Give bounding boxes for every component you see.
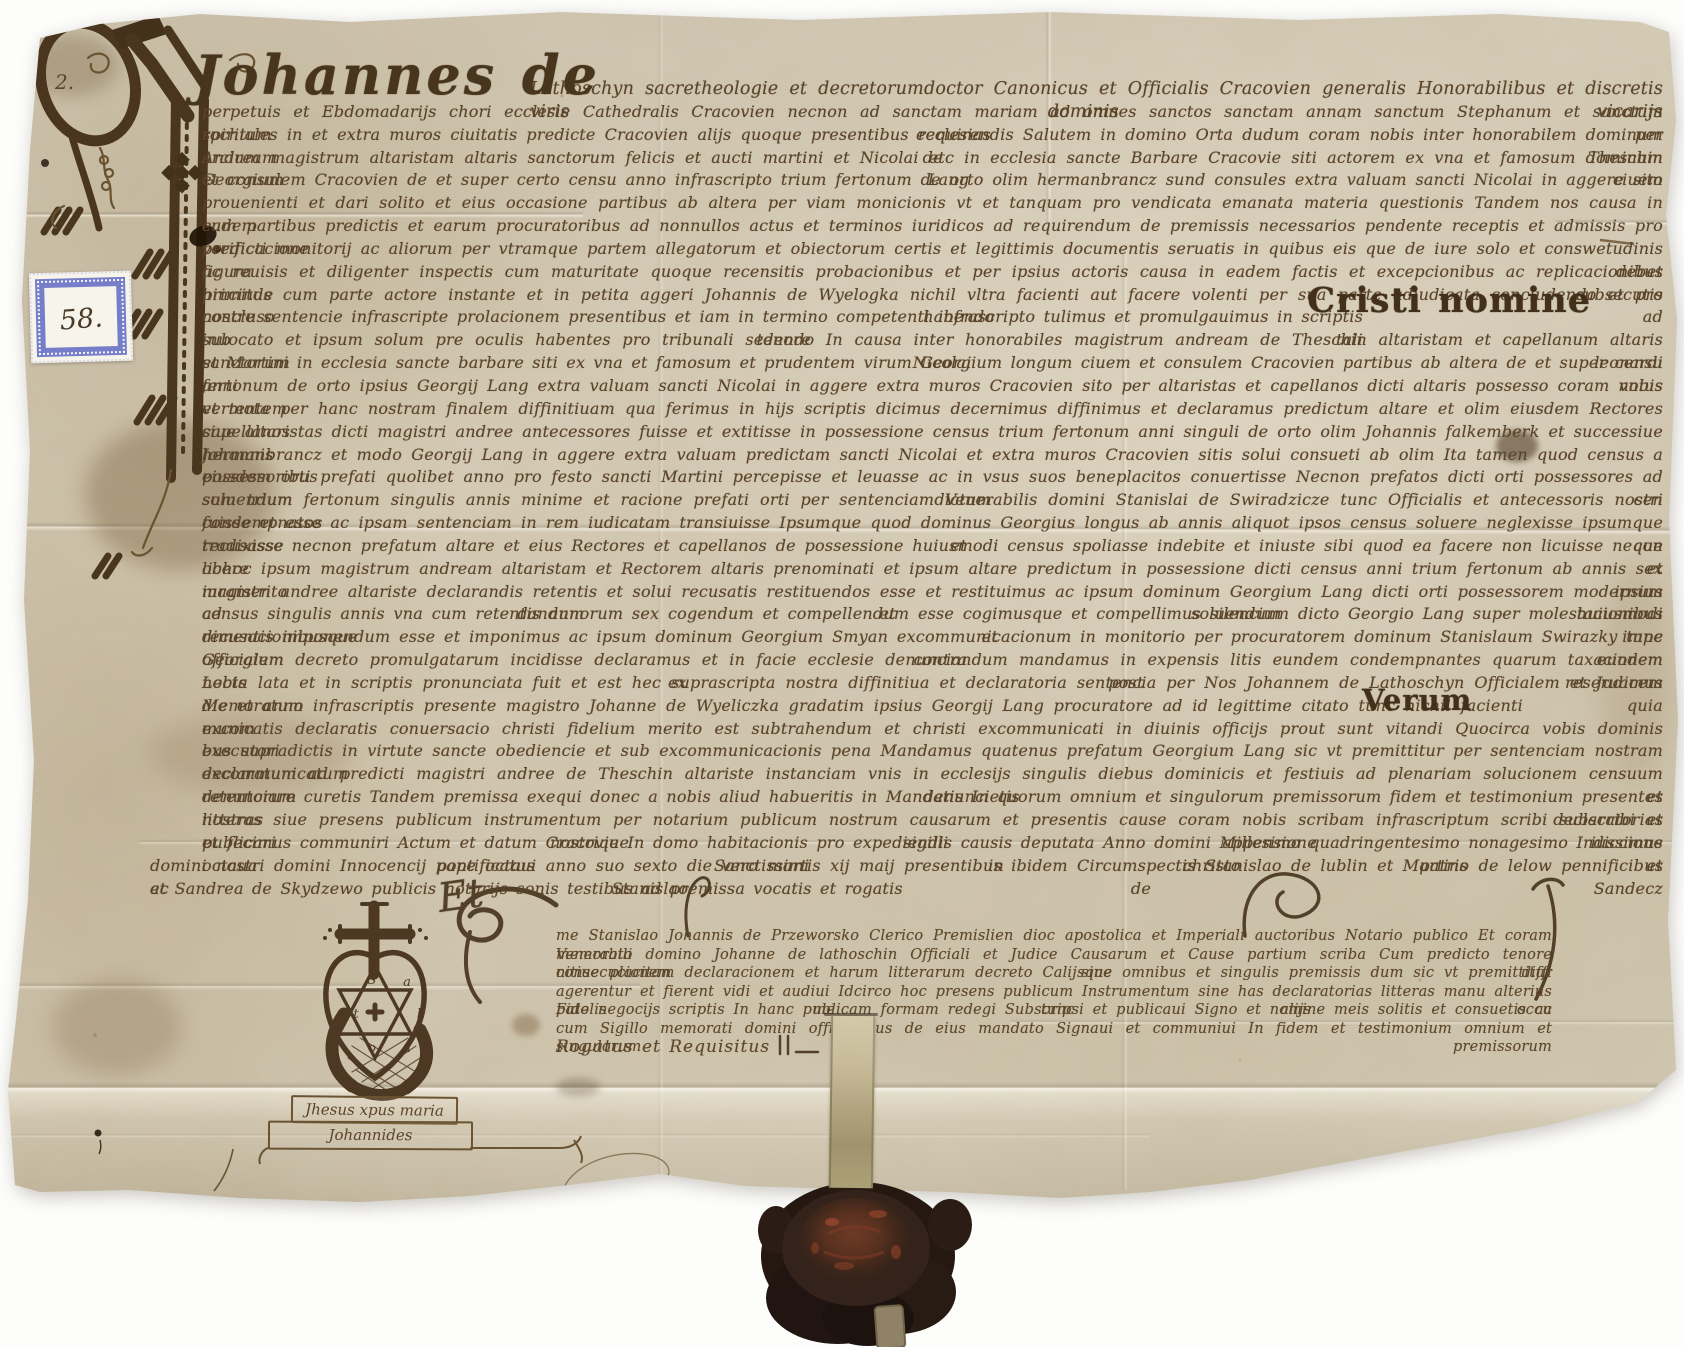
seal-tag-strip [829,1016,875,1189]
seal-impression [800,1198,910,1284]
seal-tag-tail [875,1305,906,1347]
seal-blob [758,1182,972,1347]
manuscript-photo: S a t b o a [0,0,1684,1347]
